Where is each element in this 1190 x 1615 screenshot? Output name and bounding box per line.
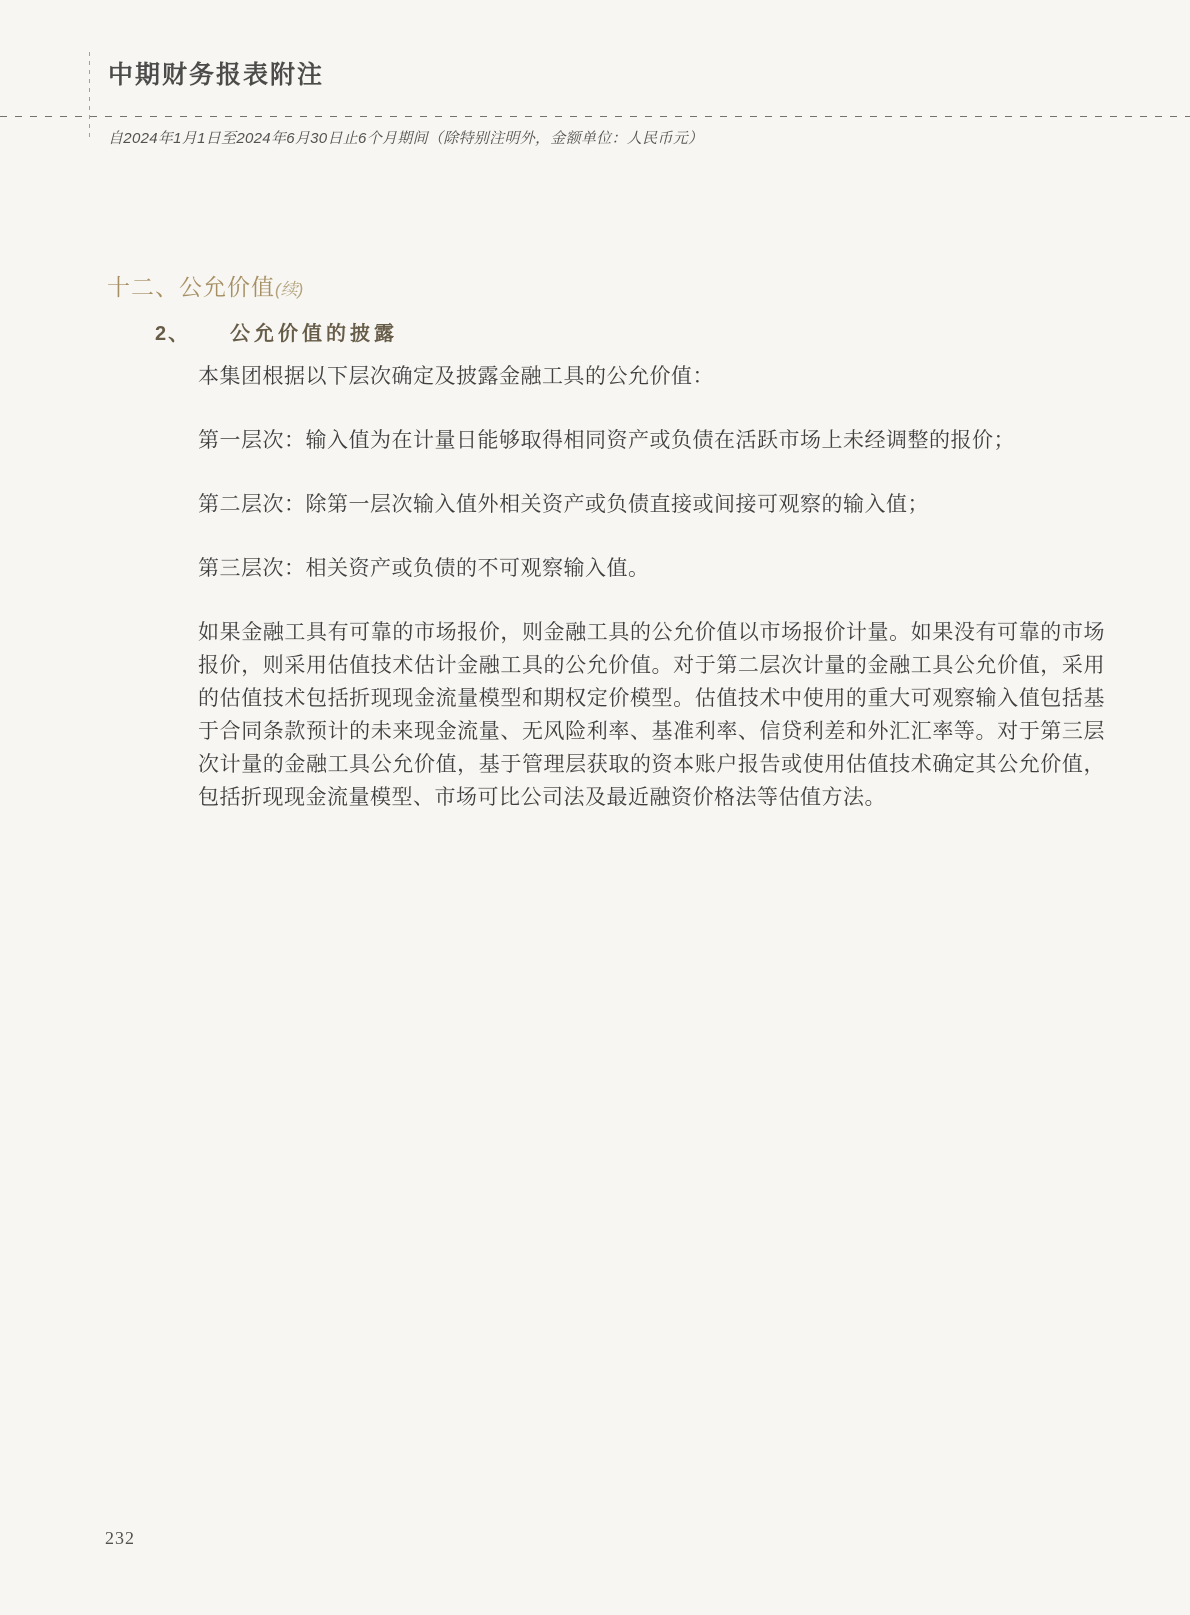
document-subtitle: 自2024年1月1日至2024年6月30日止6个月期间（除特别注明外，金额单位：… [108, 127, 703, 148]
section-continued-suffix: (续) [275, 280, 303, 299]
intro-paragraph: 本集团根据以下层次确定及披露金融工具的公允价值： [198, 360, 1105, 393]
header-vertical-dashed-rule [89, 52, 90, 138]
body-text-block: 本集团根据以下层次确定及披露金融工具的公允价值： 第一层次：输入值为在计量日能够… [198, 360, 1105, 845]
subsection-title: 公允价值的披露 [230, 317, 398, 346]
document-page: 中期财务报表附注 自2024年1月1日至2024年6月30日止6个月期间（除特别… [0, 0, 1190, 1615]
header-horizontal-dashed-rule [0, 116, 1190, 117]
valuation-technique-paragraph: 如果金融工具有可靠的市场报价，则金融工具的公允价值以市场报价计量。如果没有可靠的… [198, 616, 1105, 814]
section-title: 十二、公允价值 [107, 274, 275, 300]
level-1-paragraph: 第一层次：输入值为在计量日能够取得相同资产或负债在活跃市场上未经调整的报价； [198, 424, 1105, 457]
page-number: 232 [105, 1528, 135, 1549]
document-title: 中期财务报表附注 [108, 55, 324, 91]
subsection-heading: 2、公允价值的披露 [155, 317, 398, 346]
subsection-number: 2、 [155, 317, 200, 346]
level-2-paragraph: 第二层次：除第一层次输入值外相关资产或负债直接或间接可观察的输入值； [198, 488, 1105, 521]
section-heading: 十二、公允价值(续) [107, 269, 303, 302]
level-3-paragraph: 第三层次：相关资产或负债的不可观察输入值。 [198, 552, 1105, 585]
